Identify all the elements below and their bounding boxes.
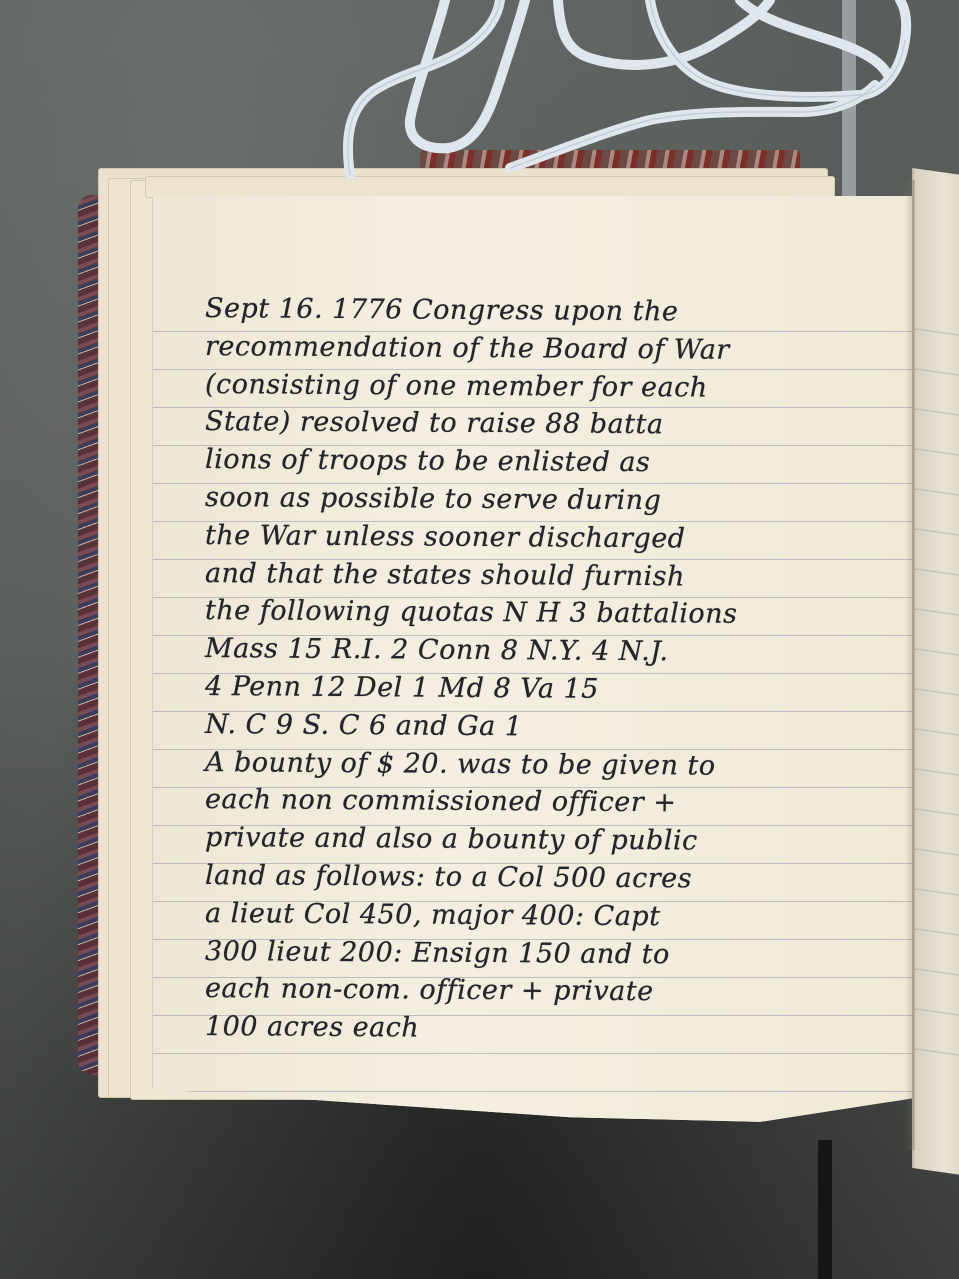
facing-rule-line — [914, 728, 959, 737]
handwritten-line: A bounty of $ 20. was to be given to — [205, 744, 895, 787]
facing-rule-line — [914, 488, 959, 497]
facing-rule-line — [914, 688, 959, 697]
handwritten-text-block: Sept 16. 1776 Congress upon the recommen… — [205, 290, 895, 1046]
handwritten-line: and that the states should furnish — [205, 555, 895, 598]
handwritten-line: Sept 16. 1776 Congress upon the — [205, 290, 895, 333]
facing-rule-line — [914, 928, 959, 937]
rule-line — [153, 1091, 912, 1092]
facing-rule-line — [914, 408, 959, 417]
facing-rule-line — [914, 448, 959, 457]
handwritten-line: lions of troops to be enlisted as — [205, 441, 895, 484]
rule-line — [153, 1053, 912, 1054]
handwritten-line: N. C 9 S. C 6 and Ga 1 — [205, 706, 895, 749]
handwritten-line: a lieut Col 450, major 400: Capt — [205, 895, 895, 938]
facing-rule-line — [914, 888, 959, 897]
facing-page-right — [912, 168, 959, 1176]
facing-rule-line — [914, 848, 959, 857]
handwritten-line: recommendation of the Board of War — [205, 328, 895, 371]
handwritten-line: soon as possible to serve during — [205, 479, 895, 522]
facing-rule-line — [914, 1008, 959, 1017]
facing-rule-line — [914, 528, 959, 537]
facing-rule-line — [914, 768, 959, 777]
background-gap — [818, 1140, 832, 1279]
handwritten-line: 300 lieut 200: Ensign 150 and to — [205, 933, 895, 976]
facing-rule-line — [914, 1048, 959, 1057]
facing-rule-line — [914, 328, 959, 337]
handwritten-line: each non-com. officer + private — [205, 970, 895, 1013]
handwritten-line: Mass 15 R.I. 2 Conn 8 N.Y. 4 N.J. — [205, 630, 895, 673]
handwritten-line: each non commissioned officer + — [205, 781, 895, 824]
handwritten-line: land as follows: to a Col 500 acres — [205, 857, 895, 900]
handwritten-line: the following quotas N H 3 battalions — [205, 592, 895, 635]
facing-rule-line — [914, 808, 959, 817]
page-edge-top — [145, 176, 835, 198]
handwritten-line: the War unless sooner discharged — [205, 517, 895, 560]
facing-rule-line — [914, 968, 959, 977]
facing-rule-line — [914, 608, 959, 617]
facing-rule-line — [914, 648, 959, 657]
handwritten-line: 100 acres each — [205, 1008, 895, 1051]
facing-rule-line — [914, 368, 959, 377]
handwritten-line: 4 Penn 12 Del 1 Md 8 Va 15 — [205, 668, 895, 711]
facing-rule-line — [914, 568, 959, 577]
handwritten-line: State) resolved to raise 88 batta — [205, 403, 895, 446]
handwritten-line: private and also a bounty of public — [205, 819, 895, 862]
gutter-shadow — [905, 180, 915, 1150]
handwritten-line: (consisting of one member for each — [205, 366, 895, 409]
